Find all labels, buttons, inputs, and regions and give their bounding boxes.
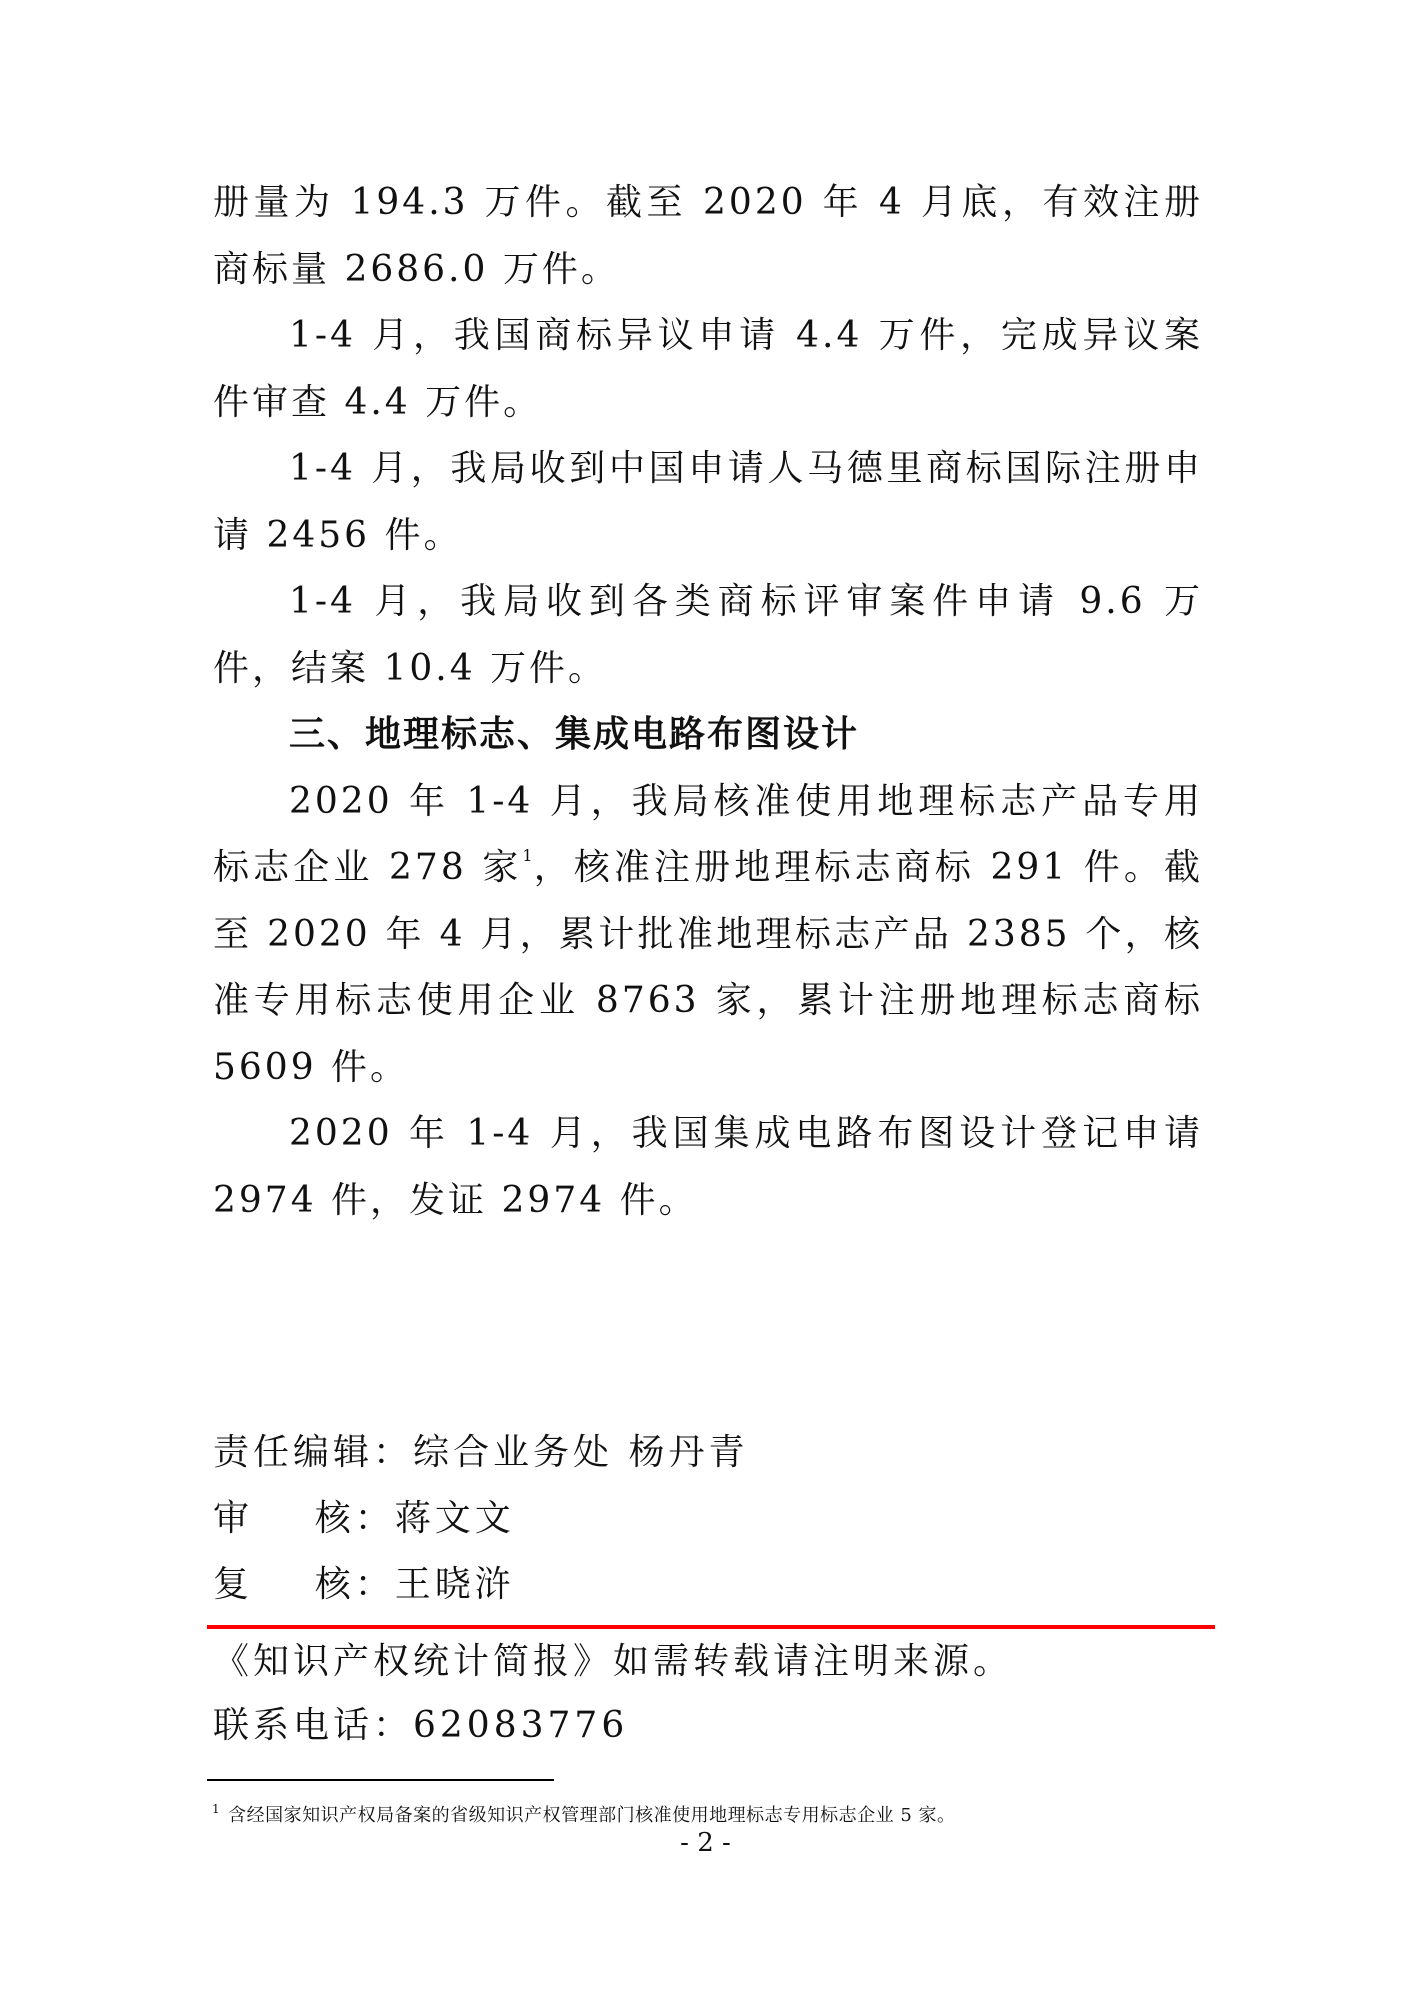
notice-block: 《知识产权统计简报》如需转载请注明来源。 联系电话：62083776 <box>213 1630 1013 1758</box>
section-heading: 三、地理标志、集成电路布图设计 <box>213 702 1203 769</box>
body-text: 册量为 194.3 万件。截至 2020 年 4 月底，有效注册商标量 2686… <box>213 170 1203 1234</box>
contact-phone: 联系电话：62083776 <box>213 1694 1013 1758</box>
page-number: - 2 - <box>0 1826 1411 1860</box>
paragraph-trademark-opposition: 1-4 月，我国商标异议申请 4.4 万件，完成异议案件审查 4.4 万件。 <box>213 303 1203 436</box>
signature-label: 复 核： <box>213 1564 395 1605</box>
paragraph-ic-layout-design: 2020 年 1-4 月，我国集成电路布图设计登记申请 2974 件，发证 29… <box>213 1101 1203 1234</box>
signature-value: 综合业务处 杨丹青 <box>413 1432 748 1473</box>
document-page: 册量为 194.3 万件。截至 2020 年 4 月底，有效注册商标量 2686… <box>0 0 1411 1995</box>
signature-value: 王晓浒 <box>395 1564 515 1605</box>
footnote-divider <box>207 1779 554 1781</box>
paragraph-madrid-applications: 1-4 月，我局收到中国申请人马德里商标国际注册申请 2456 件。 <box>213 436 1203 569</box>
reprint-notice: 《知识产权统计简报》如需转载请注明来源。 <box>213 1630 1013 1694</box>
footnote-reference[interactable]: 1 <box>522 846 532 865</box>
footnote-text: 含经国家知识产权局备案的省级知识产权管理部门核准使用地理标志专用标志企业 5 家… <box>228 1805 955 1826</box>
signature-label: 责任编辑： <box>213 1432 413 1473</box>
signature-reviewer: 审 核：蒋文文 <box>213 1486 748 1552</box>
footnote: 1含经国家知识产权局备案的省级知识产权管理部门核准使用地理标志专用标志企业 5 … <box>212 1796 956 1829</box>
signature-editor: 责任编辑：综合业务处 杨丹青 <box>213 1420 748 1486</box>
signature-label: 审 核： <box>213 1498 395 1539</box>
paragraph-trademark-review: 1-4 月，我局收到各类商标评审案件申请 9.6 万件，结案 10.4 万件。 <box>213 569 1203 702</box>
paragraph-geographical-indications: 2020 年 1-4 月，我局核准使用地理标志产品专用标志企业 278 家1，核… <box>213 769 1203 1102</box>
signature-value: 蒋文文 <box>395 1498 515 1539</box>
signature-block: 责任编辑：综合业务处 杨丹青 审 核：蒋文文 复 核：王晓浒 <box>213 1420 748 1618</box>
signature-rechecker: 复 核：王晓浒 <box>213 1552 748 1618</box>
footnote-marker: 1 <box>212 1802 220 1816</box>
red-divider <box>207 1625 1215 1629</box>
paragraph-trademark-registration: 册量为 194.3 万件。截至 2020 年 4 月底，有效注册商标量 2686… <box>213 170 1203 303</box>
